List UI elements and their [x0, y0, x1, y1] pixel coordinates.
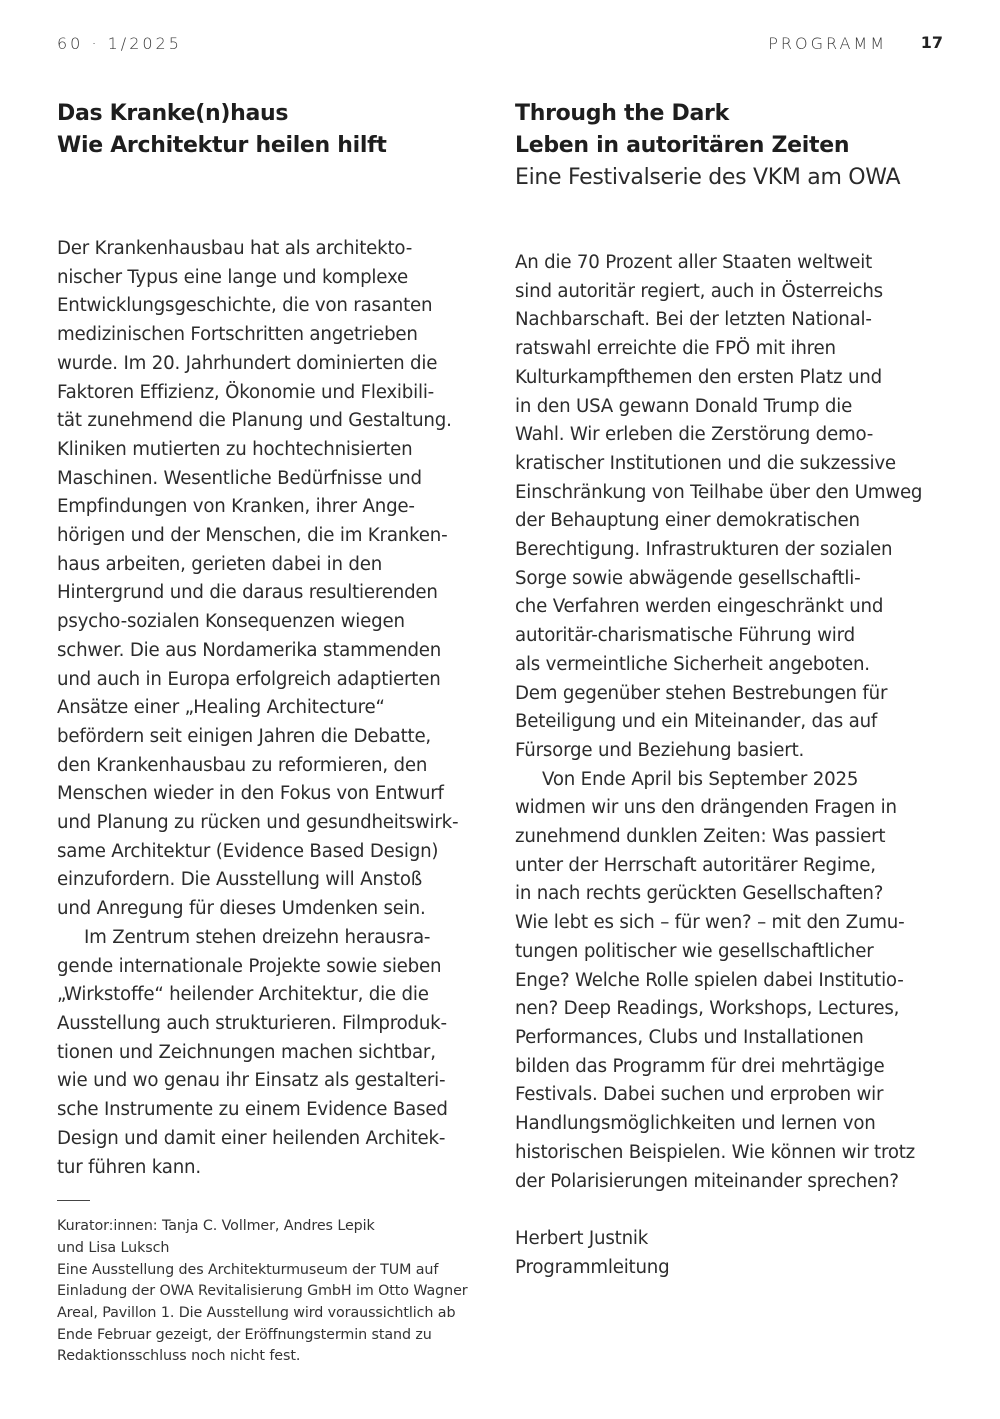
text-line: Berechtigung. Infrastrukturen der sozial… [515, 536, 955, 565]
text-line: der Polarisierungen miteinander sprechen… [515, 1168, 955, 1197]
body-paragraph: Der Krankenhausbau hat als architekto-ni… [57, 235, 487, 924]
text-line: einzufordern. Die Ausstellung will Ansto… [57, 866, 487, 895]
text-line: Areal, Pavillon 1. Die Ausstellung wird … [57, 1303, 487, 1325]
article-title: Das Kranke(n)haus Wie Architektur heilen… [57, 98, 487, 162]
text-line: tionen und Zeichnungen machen sichtbar, [57, 1039, 487, 1068]
text-line: medizinischen Fortschritten angetrieben [57, 321, 487, 350]
article-krankenhaus: Das Kranke(n)haus Wie Architektur heilen… [57, 98, 487, 1368]
text-line: widmen wir uns den drängenden Fragen in [515, 794, 955, 823]
text-line: tungen politischer wie gesellschaftliche… [515, 938, 955, 967]
text-line: unter der Herrschaft autoritärer Regime, [515, 852, 955, 881]
article-through-the-dark: Through the Dark Leben in autoritären Ze… [515, 98, 955, 1283]
text-line: Im Zentrum stehen dreizehn herausra- [57, 924, 487, 953]
footnote-divider [57, 1200, 90, 1201]
text-line: Design und damit einer heilenden Archite… [57, 1125, 487, 1154]
text-line: Wahl. Wir erleben die Zerstörung demo- [515, 421, 955, 450]
text-line: Kliniken mutierten zu hochtechnisierten [57, 436, 487, 465]
text-line: Der Krankenhausbau hat als architekto- [57, 235, 487, 264]
text-line: psycho-sozialen Konsequenzen wiegen [57, 608, 487, 637]
text-line: Von Ende April bis September 2025 [515, 766, 955, 795]
title-line: Wie Architektur heilen hilft [57, 130, 487, 162]
text-line: Entwicklungsgeschichte, die von rasanten [57, 292, 487, 321]
text-line: Ausstellung auch strukturieren. Filmprod… [57, 1010, 487, 1039]
footnote: Kurator:innen: Tanja C. Vollmer, Andres … [57, 1216, 487, 1368]
text-line: Nachbarschaft. Bei der letzten National- [515, 306, 955, 335]
article-subtitle: Eine Festivalserie des VKM am OWA [515, 162, 955, 194]
text-line: Redaktionsschluss noch nicht fest. [57, 1346, 487, 1368]
text-line: Sorge sowie abwägende gesellschaftli- [515, 565, 955, 594]
text-line: und auch in Europa erfolgreich adaptiert… [57, 666, 487, 695]
text-line: nen? Deep Readings, Workshops, Lectures, [515, 995, 955, 1024]
text-line: Festivals. Dabei suchen und erproben wir [515, 1081, 955, 1110]
body-paragraph: Von Ende April bis September 2025widmen … [515, 766, 955, 1197]
text-line: Handlungsmöglichkeiten und lernen von [515, 1110, 955, 1139]
body-paragraph: An die 70 Prozent aller Staaten weltweit… [515, 249, 955, 766]
text-line: „Wirkstoffe“ heilender Architektur, die … [57, 981, 487, 1010]
text-line: in nach rechts gerückten Gesellschaften? [515, 880, 955, 909]
section-label: PROGRAMM [768, 34, 887, 53]
text-line: den Krankenhausbau zu reformieren, den [57, 752, 487, 781]
text-line: Kulturkampfthemen den ersten Platz und [515, 364, 955, 393]
text-line: bilden das Programm für drei mehrtägige [515, 1053, 955, 1082]
text-line: Hintergrund und die daraus resultierende… [57, 579, 487, 608]
text-line: nischer Typus eine lange und komplexe [57, 264, 487, 293]
text-line: Faktoren Effizienz, Ökonomie und Flexibi… [57, 379, 487, 408]
body-paragraph: Im Zentrum stehen dreizehn herausra-gend… [57, 924, 487, 1182]
text-line: sche Instrumente zu einem Evidence Based [57, 1096, 487, 1125]
text-line: zunehmend dunklen Zeiten: Was passiert [515, 823, 955, 852]
author-signature: Herbert Justnik Programmleitung [515, 1225, 955, 1282]
text-line: Empfindungen von Kranken, ihrer Ange- [57, 493, 487, 522]
text-line: und Lisa Luksch [57, 1238, 487, 1260]
text-line: Enge? Welche Rolle spielen dabei Institu… [515, 967, 955, 996]
issue-number: 60 · 1/2025 [57, 34, 182, 53]
text-line: wurde. Im 20. Jahrhundert dominierten di… [57, 350, 487, 379]
text-line: ratswahl erreichte die FPÖ mit ihren [515, 335, 955, 364]
text-line: Ende Februar gezeigt, der Eröffnungsterm… [57, 1325, 487, 1347]
text-line: Eine Ausstellung des Architekturmuseum d… [57, 1260, 487, 1282]
title-line: Leben in autoritären Zeiten [515, 130, 955, 162]
text-line: Fürsorge und Beziehung basiert. [515, 737, 955, 766]
text-line: hörigen und der Menschen, die im Kranken… [57, 522, 487, 551]
text-line: haus arbeiten, gerieten dabei in den [57, 551, 487, 580]
text-line: als vermeintliche Sicherheit angeboten. [515, 651, 955, 680]
text-line: Maschinen. Wesentliche Bedürfnisse und [57, 465, 487, 494]
text-line: kratischer Institutionen und die sukzess… [515, 450, 955, 479]
text-line: Einladung der OWA Revitalisierung GmbH i… [57, 1281, 487, 1303]
text-line: Menschen wieder in den Fokus von Entwurf [57, 780, 487, 809]
title-line: Das Kranke(n)haus [57, 98, 487, 130]
text-line: same Architektur (Evidence Based Design) [57, 838, 487, 867]
title-line: Through the Dark [515, 98, 955, 130]
text-line: und Planung zu rücken und gesundheitswir… [57, 809, 487, 838]
text-line: sind autoritär regiert, auch in Österrei… [515, 278, 955, 307]
article-title: Through the Dark Leben in autoritären Ze… [515, 98, 955, 162]
author-name: Herbert Justnik [515, 1225, 955, 1254]
text-line: historischen Beispielen. Wie können wir … [515, 1139, 955, 1168]
text-line: Wie lebt es sich – für wen? – mit den Zu… [515, 909, 955, 938]
text-line: tur führen kann. [57, 1154, 487, 1183]
text-line: An die 70 Prozent aller Staaten weltweit [515, 249, 955, 278]
text-line: schwer. Die aus Nordamerika stammenden [57, 637, 487, 666]
text-line: der Behauptung einer demokratischen [515, 507, 955, 536]
author-role: Programmleitung [515, 1254, 955, 1283]
page-number: 17 [921, 33, 943, 52]
text-line: wie und wo genau ihr Einsatz als gestalt… [57, 1067, 487, 1096]
text-line: Einschränkung von Teilhabe über den Umwe… [515, 479, 955, 508]
text-line: befördern seit einigen Jahren die Debatt… [57, 723, 487, 752]
text-line: Ansätze einer „Healing Architecture“ [57, 694, 487, 723]
text-line: in den USA gewann Donald Trump die [515, 393, 955, 422]
text-line: che Verfahren werden eingeschränkt und [515, 593, 955, 622]
text-line: Kurator:innen: Tanja C. Vollmer, Andres … [57, 1216, 487, 1238]
text-line: Performances, Clubs und Installationen [515, 1024, 955, 1053]
text-line: autoritär-charismatische Führung wird [515, 622, 955, 651]
text-line: und Anregung für dieses Umdenken sein. [57, 895, 487, 924]
text-line: Beteiligung und ein Miteinander, das auf [515, 708, 955, 737]
text-line: tät zunehmend die Planung und Gestaltung… [57, 407, 487, 436]
text-line: Dem gegenüber stehen Bestrebungen für [515, 680, 955, 709]
text-line: gende internationale Projekte sowie sieb… [57, 953, 487, 982]
